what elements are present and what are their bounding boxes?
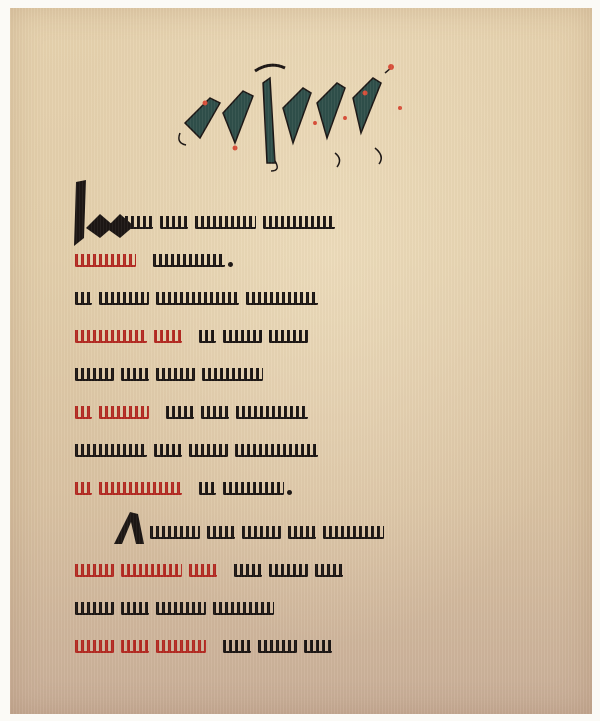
tengwar-word bbox=[99, 403, 149, 419]
script-line bbox=[75, 431, 325, 461]
tengwar-word bbox=[75, 599, 114, 615]
script-line bbox=[75, 317, 315, 347]
tengwar-word bbox=[156, 289, 239, 305]
black-ink-segment bbox=[223, 637, 339, 657]
tengwar-word bbox=[75, 479, 92, 495]
title-ornament-icon bbox=[175, 63, 415, 173]
tengwar-word bbox=[315, 561, 343, 577]
tengwar-word bbox=[99, 479, 182, 495]
punctuation-mark bbox=[228, 262, 233, 267]
tengwar-word bbox=[156, 637, 206, 653]
tengwar-word bbox=[223, 327, 262, 343]
tengwar-word bbox=[323, 523, 384, 539]
tengwar-word bbox=[156, 365, 195, 381]
tengwar-word bbox=[223, 637, 251, 653]
black-ink-segment bbox=[125, 213, 342, 233]
script-line bbox=[75, 589, 281, 619]
black-ink-segment bbox=[150, 523, 391, 543]
tengwar-word bbox=[236, 403, 308, 419]
black-ink-segment bbox=[153, 251, 233, 271]
black-ink-segment bbox=[75, 289, 325, 309]
tengwar-word bbox=[189, 441, 228, 457]
tengwar-word bbox=[258, 637, 297, 653]
tengwar-word bbox=[154, 441, 182, 457]
tengwar-word bbox=[223, 479, 284, 495]
red-ink-segment bbox=[75, 637, 213, 657]
tengwar-word bbox=[121, 599, 149, 615]
punctuation-mark bbox=[287, 490, 292, 495]
second-initial-icon bbox=[110, 508, 150, 548]
tengwar-word bbox=[263, 213, 335, 229]
tengwar-word bbox=[121, 561, 182, 577]
script-line bbox=[75, 551, 350, 581]
tengwar-word bbox=[166, 403, 194, 419]
script-line bbox=[75, 469, 292, 499]
tengwar-word bbox=[121, 365, 149, 381]
black-ink-segment bbox=[199, 327, 315, 347]
tengwar-word bbox=[246, 289, 318, 305]
script-line bbox=[125, 203, 342, 233]
tengwar-word bbox=[156, 599, 206, 615]
tengwar-word bbox=[75, 365, 114, 381]
tengwar-word bbox=[75, 441, 147, 457]
tengwar-word bbox=[153, 251, 225, 267]
black-ink-segment bbox=[75, 599, 281, 619]
red-ink-segment bbox=[75, 327, 189, 347]
tengwar-word bbox=[125, 213, 153, 229]
tengwar-word bbox=[269, 561, 308, 577]
parchment-page bbox=[10, 8, 592, 714]
script-line bbox=[75, 279, 325, 309]
script-line bbox=[75, 627, 339, 657]
tengwar-word bbox=[235, 441, 318, 457]
tengwar-word bbox=[75, 561, 114, 577]
script-line bbox=[75, 355, 270, 385]
black-ink-segment bbox=[234, 561, 350, 581]
script-line bbox=[75, 241, 233, 271]
red-ink-segment bbox=[75, 561, 224, 581]
tengwar-word bbox=[154, 327, 182, 343]
illuminated-title bbox=[175, 63, 415, 173]
black-ink-segment bbox=[199, 479, 292, 499]
tengwar-word bbox=[121, 637, 149, 653]
tengwar-word bbox=[199, 479, 216, 495]
black-ink-segment bbox=[166, 403, 315, 423]
tengwar-word bbox=[304, 637, 332, 653]
tengwar-word bbox=[201, 403, 229, 419]
tengwar-word bbox=[234, 561, 262, 577]
black-ink-segment bbox=[75, 441, 325, 461]
tengwar-word bbox=[75, 327, 147, 343]
tengwar-word bbox=[199, 327, 216, 343]
tengwar-word bbox=[242, 523, 281, 539]
tengwar-word bbox=[195, 213, 256, 229]
tengwar-word bbox=[160, 213, 188, 229]
tengwar-word bbox=[207, 523, 235, 539]
script-line bbox=[75, 393, 315, 423]
tengwar-word bbox=[75, 289, 92, 305]
tengwar-word bbox=[99, 289, 149, 305]
tengwar-word bbox=[150, 523, 200, 539]
red-ink-segment bbox=[75, 251, 143, 271]
script-line bbox=[150, 513, 391, 543]
tengwar-word bbox=[269, 327, 308, 343]
tengwar-word bbox=[288, 523, 316, 539]
tengwar-word bbox=[213, 599, 274, 615]
tengwar-word bbox=[202, 365, 263, 381]
red-ink-segment bbox=[75, 479, 189, 499]
tengwar-word bbox=[75, 251, 136, 267]
black-ink-segment bbox=[75, 365, 270, 385]
tengwar-word bbox=[75, 637, 114, 653]
tengwar-word bbox=[189, 561, 217, 577]
tengwar-word bbox=[75, 403, 92, 419]
red-ink-segment bbox=[75, 403, 156, 423]
